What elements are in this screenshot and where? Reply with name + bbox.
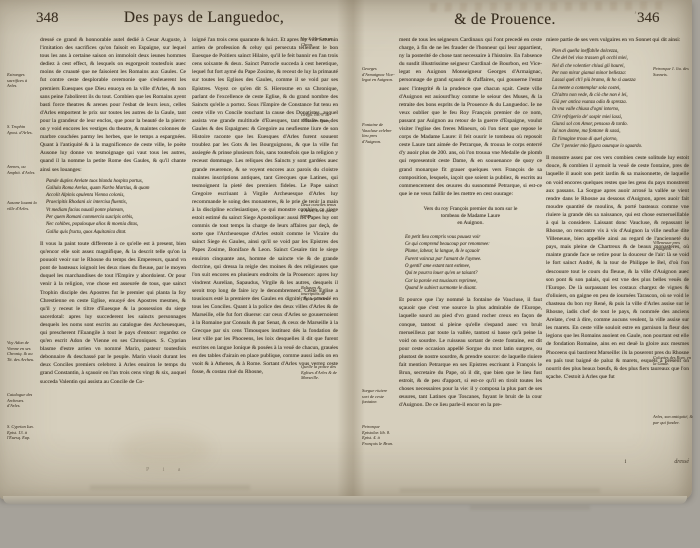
margin-note: Reliques & inscriptiōs de l'Eglise d'Arl… (301, 285, 337, 302)
verse-line: Praecipitis Rhodani sic intercisa fluent… (46, 199, 186, 206)
margin-note: S. Cyprian Iun. Epist. 13. à l'Euesq. Eu… (7, 424, 37, 441)
verse-line: Lassai quel ch'i più bramo, & ho sì auez… (552, 77, 689, 84)
verse-line: Et l'imagine trouo di quel giorno, (552, 136, 689, 143)
margin-note: Ausone louant la ville d'Arles. (7, 200, 37, 211)
signature-mark: i (625, 459, 627, 465)
margin-note: Voy Adon de Vienne en ses Chroniq. & au … (7, 340, 37, 363)
paper-stain (120, 430, 210, 470)
margin-note: Deux conciles tenus à Arles, & en quel t… (301, 202, 337, 219)
page-number-left: 348 (36, 10, 59, 27)
scanned-book-spread: 348 Des pays de Languedoc, dressé ce gra… (0, 0, 700, 548)
margin-note: Quelle la police des Eglises d'Arles & d… (301, 364, 337, 381)
verse-line: en Auignon. (403, 220, 538, 227)
verse-line: O gentil' ame estant tant estimee, (405, 263, 542, 270)
verse-line: Plume, labeur, la langue, & le sçauoir (405, 248, 542, 255)
verse-line: Per quem Romani commercia suscipis orbis… (46, 214, 186, 221)
verse-line: Qui te pourra louer qu'en se taisant? (405, 270, 542, 277)
margin-note: Petrarque 1. liu. des Sonnets. (653, 66, 695, 77)
margin-note: Voy S. Hier. en sa Chron. (301, 36, 337, 47)
verse-line: tombeau de Madame Laure (403, 213, 538, 220)
body-text: Et pource que i'ay nommé la fontaine de … (399, 297, 542, 408)
margin-note: Grego. lib. 9. de l'Hist. des Franç. (301, 112, 337, 123)
verse-line: Furent vaincuz par l'amant de l'aymee. (405, 256, 542, 263)
margin-note: Georges d'Armaignac Vice-legat en Auigno… (362, 66, 395, 83)
verse-line: In vna valle chiusa d'ogni intorno, (552, 106, 689, 113)
margin-note: Catalogue des Archeues. d'Arles. (7, 392, 37, 409)
verse-line: Pande duplex Arelate tuos blanda hospita… (46, 178, 186, 185)
bleedthrough-mark (90, 485, 250, 490)
margin-note: Petrarque Epistolar. lib. 8. Epist. 4. à… (362, 424, 395, 447)
right-page-column-2: miere partie de ses vers vulgaires en vn… (546, 36, 689, 381)
verse-line: Giunsi sol con Amor, pensoso & tardo. (552, 121, 689, 128)
verse-line: Pien di quella ineffabile dolcezza, (552, 48, 689, 55)
margin-note: S. Trophin Apost. d'Arles. (7, 124, 37, 135)
body-text: dressé ce grand & honnorable autel dedié… (40, 37, 186, 173)
verse-line: Già per antica vsanza odia & sprezza. (552, 99, 689, 106)
margin-note: Sorgue riuiere sort de ceste fontaine. (362, 388, 395, 405)
page-stack-edge (3, 496, 687, 504)
margin-note: Colonies des Rom. en la Gaule. (653, 355, 695, 366)
page-number-right-value: 346 (637, 10, 660, 26)
body-text: ment de tous les seigneurs Cardinaux qui… (399, 37, 542, 197)
catchword: dressé (674, 459, 689, 465)
verse-line: Nec cohibes, populosque alios & moenia d… (46, 221, 186, 228)
verse-line: Iui non donne, ma fontane & sassi, (552, 128, 689, 135)
running-title-left: Des pays de Languedoc, (88, 9, 320, 27)
verse-line: Ce qui comprend beaucoup par renommee: (405, 241, 542, 248)
body-text: miere partie de ses vers vulgaires en vn… (546, 37, 680, 43)
epitaph-verse-block: En petit lieu compris vous pouuez voirCe… (399, 230, 542, 296)
verse-line: Accolit Alpinis opulenta Vienna colonis, (46, 192, 186, 199)
verse-line: Vt mediam facias nauali ponte plateam, (46, 207, 186, 214)
verse-line: Ch'è refrigerio de' sospir miei lassi, (552, 114, 689, 121)
verse-line: Quand le subiect surmonte le disant. (405, 285, 542, 292)
latin-verse-block: Pande duplex Arelate tuos blanda hospita… (40, 174, 186, 240)
margin-note: Villeneuue pres d'Auignon. (653, 240, 695, 251)
verse-line: Vers du roy François premier du nom sur … (403, 206, 538, 213)
verse-line: La mente a contemplar sola costei, (552, 85, 689, 92)
verse-line: Gallula Roma Arelas, quam Narbo Martius,… (46, 185, 186, 192)
body-text: Il monstre assez par ces vers combien ce… (546, 155, 689, 380)
running-title-right: & de Prouence. (405, 11, 605, 29)
gutter-shadow (337, 0, 365, 499)
epitaph-heading: Vers du roy François premier du nom sur … (403, 206, 538, 227)
margin-note: Estranges sacrifices à Arles. (7, 72, 37, 89)
verse-line: Che del bel viso trassen gli occhi miei, (552, 55, 689, 62)
print-mark: P i a (146, 467, 186, 473)
right-page-column-1: ment de tous les seigneurs Cardinaux qui… (399, 36, 542, 410)
scan-speck: ’ (634, 10, 637, 20)
verse-line: Car la parole est tousiours reprimee, (405, 278, 542, 285)
verse-line: En petit lieu compris vous pouuez voir (405, 234, 542, 241)
margin-note: Arles, son antiquité, & par qui fondee. (653, 414, 695, 425)
verse-line: Ch'altro non vede, & ciò che non è lei, (552, 92, 689, 99)
margin-note: Fontaine de Vaucluse celebre lieu pres d… (362, 122, 395, 145)
margin-note: Arenes, ou Amphit. d'Arles. (7, 164, 37, 175)
verse-line: Che 'l pensier mio figura ouunque io sgu… (552, 143, 689, 150)
bleedthrough-mark (400, 488, 600, 493)
left-page-column-1: dressé ce grand & honnorable autel dedié… (40, 36, 186, 386)
body-text: Il vous la paint toute differente à ce q… (40, 241, 186, 385)
italian-sonnet-block: Pien di quella ineffabile dolcezza,Che d… (546, 44, 689, 154)
signature-row: i dressé (546, 459, 689, 465)
verse-line: Gallia quis fructu, quos Aquitanica dita… (46, 229, 186, 236)
page-number-right: ’346 (634, 10, 660, 27)
bleedthrough-mark (470, 505, 590, 510)
